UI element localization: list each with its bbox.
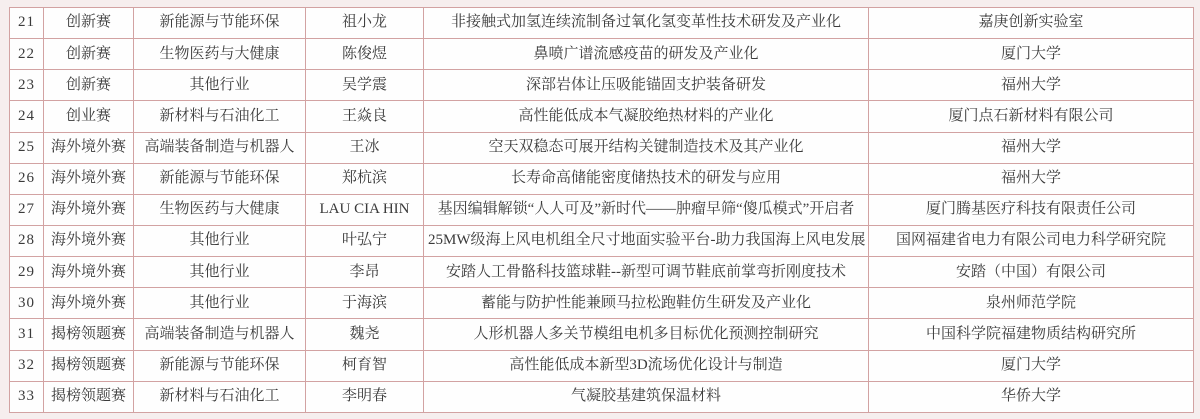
cell-person-name: 王冰 bbox=[306, 132, 424, 163]
table-row: 30 海外境外赛 其他行业 于海滨 蓄能与防护性能兼顾马拉松跑鞋仿生研发及产业化… bbox=[10, 288, 1194, 319]
cell-track: 揭榜领题赛 bbox=[44, 381, 134, 412]
cell-project-title: 高性能低成本新型3D流场优化设计与制造 bbox=[424, 350, 869, 381]
cell-person-name: 柯育智 bbox=[306, 350, 424, 381]
cell-project-title: 鼻喷广谱流感疫苗的研发及产业化 bbox=[424, 39, 869, 70]
cell-industry: 其他行业 bbox=[134, 257, 306, 288]
cell-organization: 厦门大学 bbox=[869, 39, 1194, 70]
cell-row-number: 30 bbox=[10, 288, 44, 319]
cell-organization: 泉州师范学院 bbox=[869, 288, 1194, 319]
cell-project-title: 人形机器人多关节模组电机多目标优化预测控制研究 bbox=[424, 319, 869, 350]
cell-organization: 华侨大学 bbox=[869, 381, 1194, 412]
cell-track: 创新赛 bbox=[44, 8, 134, 39]
cell-organization: 安踏（中国）有限公司 bbox=[869, 257, 1194, 288]
cell-industry: 高端装备制造与机器人 bbox=[134, 319, 306, 350]
cell-industry: 其他行业 bbox=[134, 70, 306, 101]
cell-industry: 其他行业 bbox=[134, 288, 306, 319]
cell-project-title: 安踏人工骨骼科技篮球鞋--新型可调节鞋底前掌弯折刚度技术 bbox=[424, 257, 869, 288]
table-body: 21 创新赛 新能源与节能环保 祖小龙 非接触式加氢连续流制备过氧化氢变革性技术… bbox=[10, 8, 1194, 413]
cell-track: 海外境外赛 bbox=[44, 132, 134, 163]
cell-industry: 新能源与节能环保 bbox=[134, 163, 306, 194]
table-row: 32 揭榜领题赛 新能源与节能环保 柯育智 高性能低成本新型3D流场优化设计与制… bbox=[10, 350, 1194, 381]
cell-row-number: 23 bbox=[10, 70, 44, 101]
table-row: 31 揭榜领题赛 高端装备制造与机器人 魏尧 人形机器人多关节模组电机多目标优化… bbox=[10, 319, 1194, 350]
cell-track: 海外境外赛 bbox=[44, 288, 134, 319]
cell-industry: 生物医药与大健康 bbox=[134, 194, 306, 225]
cell-project-title: 25MW级海上风电机组全尺寸地面实验平台-助力我国海上风电发展 bbox=[424, 225, 869, 256]
cell-organization: 福州大学 bbox=[869, 70, 1194, 101]
cell-row-number: 29 bbox=[10, 257, 44, 288]
cell-organization: 厦门大学 bbox=[869, 350, 1194, 381]
table-row: 21 创新赛 新能源与节能环保 祖小龙 非接触式加氢连续流制备过氧化氢变革性技术… bbox=[10, 8, 1194, 39]
cell-person-name: 李明春 bbox=[306, 381, 424, 412]
cell-track: 揭榜领题赛 bbox=[44, 350, 134, 381]
cell-row-number: 32 bbox=[10, 350, 44, 381]
cell-organization: 厦门点石新材料有限公司 bbox=[869, 101, 1194, 132]
cell-industry: 新能源与节能环保 bbox=[134, 350, 306, 381]
cell-project-title: 基因编辑解锁“人人可及”新时代——肿瘤早筛“傻瓜模式”开启者 bbox=[424, 194, 869, 225]
cell-person-name: 李昂 bbox=[306, 257, 424, 288]
cell-track: 海外境外赛 bbox=[44, 257, 134, 288]
cell-person-name: LAU CIA HIN bbox=[306, 194, 424, 225]
table-row: 24 创业赛 新材料与石油化工 王焱良 高性能低成本气凝胶绝热材料的产业化 厦门… bbox=[10, 101, 1194, 132]
cell-track: 创新赛 bbox=[44, 70, 134, 101]
cell-person-name: 吴学震 bbox=[306, 70, 424, 101]
cell-industry: 新能源与节能环保 bbox=[134, 8, 306, 39]
table-row: 29 海外境外赛 其他行业 李昂 安踏人工骨骼科技篮球鞋--新型可调节鞋底前掌弯… bbox=[10, 257, 1194, 288]
cell-row-number: 31 bbox=[10, 319, 44, 350]
cell-person-name: 陈俊煜 bbox=[306, 39, 424, 70]
cell-organization: 福州大学 bbox=[869, 132, 1194, 163]
cell-row-number: 25 bbox=[10, 132, 44, 163]
cell-person-name: 郑杭滨 bbox=[306, 163, 424, 194]
cell-person-name: 王焱良 bbox=[306, 101, 424, 132]
table-row: 23 创新赛 其他行业 吴学震 深部岩体让压吸能锚固支护装备研发 福州大学 bbox=[10, 70, 1194, 101]
cell-organization: 嘉庚创新实验室 bbox=[869, 8, 1194, 39]
cell-track: 揭榜领题赛 bbox=[44, 319, 134, 350]
cell-track: 海外境外赛 bbox=[44, 194, 134, 225]
cell-person-name: 魏尧 bbox=[306, 319, 424, 350]
cell-project-title: 空天双稳态可展开结构关键制造技术及其产业化 bbox=[424, 132, 869, 163]
cell-person-name: 于海滨 bbox=[306, 288, 424, 319]
table-row: 28 海外境外赛 其他行业 叶弘宁 25MW级海上风电机组全尺寸地面实验平台-助… bbox=[10, 225, 1194, 256]
cell-track: 创业赛 bbox=[44, 101, 134, 132]
cell-organization: 中国科学院福建物质结构研究所 bbox=[869, 319, 1194, 350]
table-row: 33 揭榜领题赛 新材料与石油化工 李明春 气凝胶基建筑保温材料 华侨大学 bbox=[10, 381, 1194, 412]
cell-row-number: 26 bbox=[10, 163, 44, 194]
cell-organization: 福州大学 bbox=[869, 163, 1194, 194]
table-row: 25 海外境外赛 高端装备制造与机器人 王冰 空天双稳态可展开结构关键制造技术及… bbox=[10, 132, 1194, 163]
cell-person-name: 祖小龙 bbox=[306, 8, 424, 39]
cell-organization: 厦门腾基医疗科技有限责任公司 bbox=[869, 194, 1194, 225]
cell-project-title: 非接触式加氢连续流制备过氧化氢变革性技术研发及产业化 bbox=[424, 8, 869, 39]
cell-row-number: 33 bbox=[10, 381, 44, 412]
cell-industry: 其他行业 bbox=[134, 225, 306, 256]
cell-industry: 生物医药与大健康 bbox=[134, 39, 306, 70]
cell-project-title: 蓄能与防护性能兼顾马拉松跑鞋仿生研发及产业化 bbox=[424, 288, 869, 319]
cell-industry: 新材料与石油化工 bbox=[134, 101, 306, 132]
cell-project-title: 气凝胶基建筑保温材料 bbox=[424, 381, 869, 412]
competition-entries-table: 21 创新赛 新能源与节能环保 祖小龙 非接触式加氢连续流制备过氧化氢变革性技术… bbox=[9, 7, 1194, 413]
table-row: 27 海外境外赛 生物医药与大健康 LAU CIA HIN 基因编辑解锁“人人可… bbox=[10, 194, 1194, 225]
page: 21 创新赛 新能源与节能环保 祖小龙 非接触式加氢连续流制备过氧化氢变革性技术… bbox=[0, 0, 1200, 419]
table-row: 22 创新赛 生物医药与大健康 陈俊煜 鼻喷广谱流感疫苗的研发及产业化 厦门大学 bbox=[10, 39, 1194, 70]
cell-row-number: 21 bbox=[10, 8, 44, 39]
cell-person-name: 叶弘宁 bbox=[306, 225, 424, 256]
cell-row-number: 22 bbox=[10, 39, 44, 70]
cell-project-title: 深部岩体让压吸能锚固支护装备研发 bbox=[424, 70, 869, 101]
cell-track: 海外境外赛 bbox=[44, 163, 134, 194]
cell-row-number: 24 bbox=[10, 101, 44, 132]
cell-row-number: 28 bbox=[10, 225, 44, 256]
cell-project-title: 高性能低成本气凝胶绝热材料的产业化 bbox=[424, 101, 869, 132]
cell-organization: 国网福建省电力有限公司电力科学研究院 bbox=[869, 225, 1194, 256]
cell-row-number: 27 bbox=[10, 194, 44, 225]
cell-industry: 新材料与石油化工 bbox=[134, 381, 306, 412]
table-row: 26 海外境外赛 新能源与节能环保 郑杭滨 长寿命高储能密度储热技术的研发与应用… bbox=[10, 163, 1194, 194]
cell-track: 创新赛 bbox=[44, 39, 134, 70]
cell-industry: 高端装备制造与机器人 bbox=[134, 132, 306, 163]
cell-project-title: 长寿命高储能密度储热技术的研发与应用 bbox=[424, 163, 869, 194]
cell-track: 海外境外赛 bbox=[44, 225, 134, 256]
